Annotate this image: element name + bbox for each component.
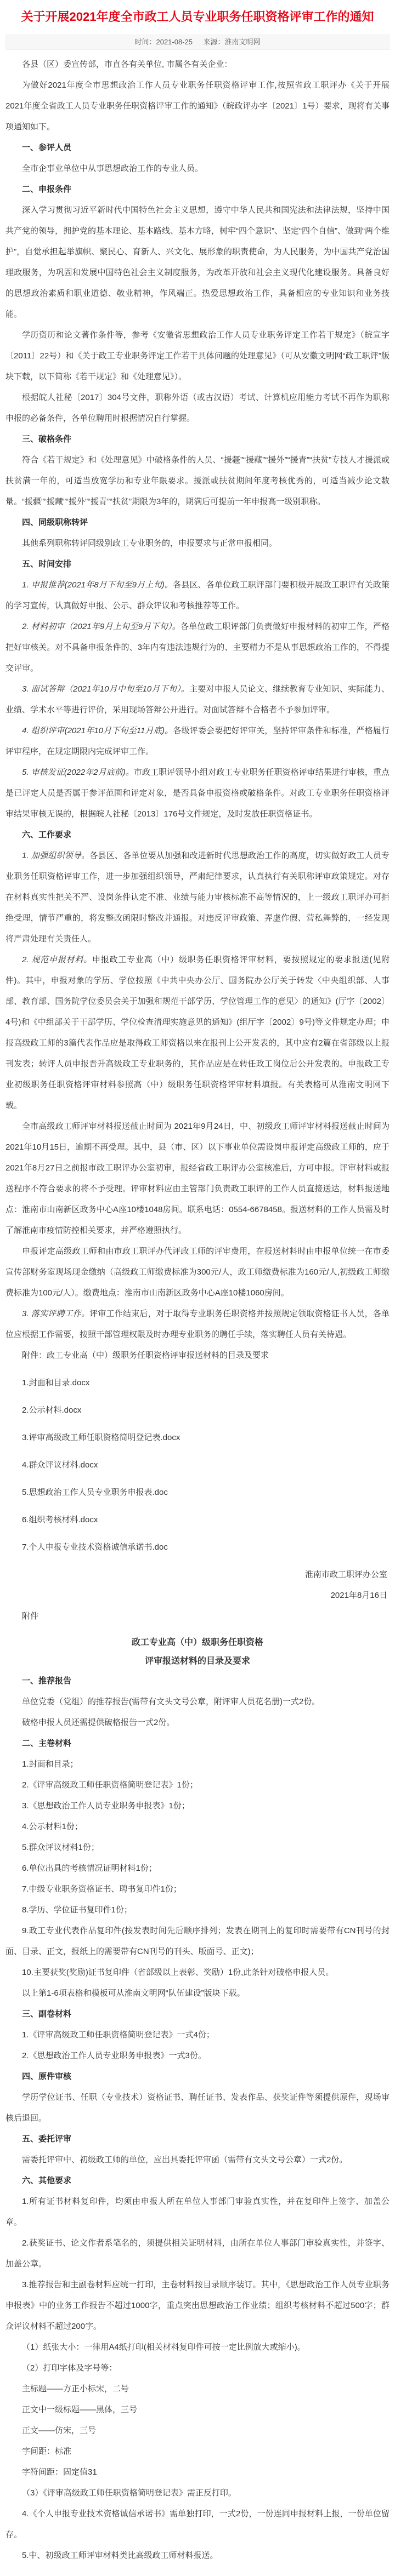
paragraph-lead: 3. 落实评聘工作。 — [22, 1309, 89, 1318]
section-heading: 二、申报条件 — [5, 179, 390, 200]
paragraph: 正文中一级标题——黑体，三号 — [5, 2400, 390, 2420]
paragraph: （3）《评审高级政工师任职资格简明登记表》需正反打印。 — [5, 2483, 390, 2504]
section-heading: 二、主卷材料 — [5, 1733, 390, 1754]
paragraph: 为做好2021年度全市思想政治工作人员专业职务任职资格评审工作,按照省政工职评办… — [5, 75, 390, 138]
paragraph: 1.封面和目录； — [5, 1754, 390, 1775]
page-title: 关于开展2021年度全市政工人员专业职务任职资格评审工作的通知 — [0, 0, 395, 29]
attachment-file-link[interactable]: 5.思想政治工作人员专业职务申报表.doc — [5, 1482, 390, 1503]
attachment-file-link[interactable]: 7.个人申报专业技术资格诚信承诺书.doc — [5, 1537, 390, 1558]
paragraph: 4.公示材料1份； — [5, 1817, 390, 1837]
attachment-file-link[interactable]: 3.评审高级政工师任职资格简明登记表.docx — [5, 1427, 390, 1448]
paragraph: 6.单位出具的考核情况证明材料1份； — [5, 1858, 390, 1879]
section-heading: 一、参评人员 — [5, 138, 390, 158]
attachment-file-link[interactable]: 2.公示材料.docx — [5, 1400, 390, 1421]
paragraph: 8.学历、学位证书复印件1份； — [5, 1900, 390, 1921]
paragraph: 9.政工专业代表作品复印件(按发表时间先后顺序排列；发表在期刊上的复印时需要带有… — [5, 1921, 390, 1962]
paragraph: 符合《若干规定》和《处理意见》中破格条件的人员、“援疆”“援藏”“援外”“援青”… — [5, 450, 390, 512]
paragraph: 3. 面试答辩（2021年10月中旬至10月下旬）。主要对申报人员论文、继续教育… — [5, 679, 390, 721]
paragraph: 主标题——方正小标宋，二号 — [5, 2379, 390, 2400]
paragraph-lead: 4. 组织评审(2021年10月下旬至11月底)。 — [22, 726, 173, 735]
paragraph: 根据皖人社秘〔2017〕304号文件，职称外语（或古汉语）考试、计算机应用能力考… — [5, 387, 390, 429]
paragraph: 3. 落实评聘工作。评审工作结束后，对于取得专业职务任职资格并按照规定领取资格证… — [5, 1304, 390, 1345]
attachment-title-line: 政工专业高（中）级职务任职资格 — [5, 1633, 390, 1652]
paragraph: 1. 申报推荐(2021年8月下旬至9月上旬)。各县区、各单位政工职评部门要积极… — [5, 575, 390, 616]
paragraph: 3.推荐报告和主副卷材料应统一打印，主卷材料按目录顺序装订。其中，《思想政治工作… — [5, 2275, 390, 2337]
paragraph-lead: 2. 规范申报材料。 — [22, 955, 92, 964]
meta-bar: 时间：2021-08-25来源：淮南文明网 — [5, 35, 390, 50]
attachment-title-line: 评审报送材料的目录及要求 — [5, 1652, 390, 1671]
paragraph-lead: 1. 加强组织领导。 — [22, 851, 89, 860]
paragraph: 1. 加强组织领导。各县区、各单位要从加强和改进新时代思想政治工作的高度，切实做… — [5, 846, 390, 950]
paragraph: 其他系列职称转评同级别政工专业职务的，申报要求与正常申报相同。 — [5, 533, 390, 554]
attachment-file-link[interactable]: 1.封面和目录.docx — [5, 1373, 390, 1393]
paragraph: 正文——仿宋，三号 — [5, 2420, 390, 2441]
attachment-file-link[interactable]: 6.组织考核材料.docx — [5, 1510, 390, 1530]
document-body: 各县（区）委宣传部，市直各有关单位, 市属各有关企业：为做好2021年度全市思想… — [0, 50, 395, 2566]
section-heading: 一、推荐报告 — [5, 1671, 390, 1692]
paragraph: 需委托评审中、初级政工师的单位，应出具委托评审函（需带有文头文号公章）一式2份。 — [5, 2150, 390, 2171]
paragraph: 各县（区）委宣传部，市直各有关单位, 市属各有关企业： — [5, 54, 390, 75]
paragraph: 申报评定高级政工师和由市政工职评办代评政工师的评审费用，在报送材料时由申报单位统… — [5, 1241, 390, 1304]
paragraph-lead: 3. 面试答辩（2021年10月中旬至10月下旬）。 — [22, 684, 189, 694]
meta-source-value: 淮南文明网 — [225, 38, 261, 46]
paragraph: 2.《评审高级政工师任职资格简明登记表》1份； — [5, 1775, 390, 1796]
paragraph: 学历学位证书、任职（专业技术）资格证书、聘任证书、发表作品、获奖证件等须提供原件… — [5, 2087, 390, 2129]
paragraph: 2. 规范申报材料。申报政工专业高（中）级职务任职资格评审材料，要按照规定的要求… — [5, 950, 390, 1116]
meta-source-label: 来源： — [203, 38, 224, 46]
paragraph: 4.《个人申报专业技术资格诚信承诺书》需单独打印，一式2份，一份连同申报材料上报… — [5, 2504, 390, 2545]
paragraph: 字符间距：固定值31 — [5, 2462, 390, 2483]
section-heading: 三、副卷材料 — [5, 2004, 390, 2025]
section-heading: 五、委托评审 — [5, 2129, 390, 2150]
section-heading: 四、原件审核 — [5, 2066, 390, 2087]
paragraph-lead: 5. 审核发证(2022年2月底前)。 — [22, 768, 134, 777]
notice-page: 关于开展2021年度全市政工人员专业职务任职资格评审工作的通知 时间：2021-… — [0, 0, 395, 2576]
paragraph: 3.《思想政治工作人员专业职务申报表》1份； — [5, 1796, 390, 1817]
paragraph: 单位党委（党组）的推荐报告(需带有文头文号公章，附评审人员花名册)一式2份。 — [5, 1692, 390, 1712]
paragraph-lead: 1. 申报推荐(2021年8月下旬至9月上旬)。 — [22, 580, 173, 590]
paragraph: 学历资历和论文著作条件等，参考《安徽省思想政治工作人员专业职务评定工作若干规定》… — [5, 325, 390, 387]
paragraph: 以上第1-6项表格和模板可从淮南文明网“队伍建设”版块下载。 — [5, 1983, 390, 2004]
paragraph: 全市高级政工师评审材料报送截止时间为 2021年9月24日，中、初级政工师评审材… — [5, 1116, 390, 1241]
signature-line: 淮南市政工职评办公室 — [5, 1564, 390, 1585]
section-heading: 六、工作要求 — [5, 825, 390, 846]
paragraph: 全市企事业单位中从事思想政治工作的专业人员。 — [5, 158, 390, 179]
paragraph: 5.群众评议材料1份； — [5, 1837, 390, 1858]
paragraph: 1.《评审高级政工师任职资格简明登记表》一式4份； — [5, 2025, 390, 2046]
paragraph: 1.所有证书材料复印件，均须由申报人所在单位人事部门审验真实性，并在复印件上签字… — [5, 2191, 390, 2233]
signature-line: 2021年8月16日 — [5, 1585, 390, 1606]
meta-time-label: 时间： — [134, 38, 156, 46]
section-heading: 三、破格条件 — [5, 429, 390, 450]
paragraph: （1）纸张大小：一律用A4纸打印(相关材料复印件可按一定比例放大或缩小)。 — [5, 2337, 390, 2358]
paragraph: 2.获奖证书、论文作者系笔名的，须提供相关证明材料，由所在单位人事部门审验真实性… — [5, 2233, 390, 2275]
paragraph: 4. 组织评审(2021年10月下旬至11月底)。各级评委会要把好评审关，坚持评… — [5, 721, 390, 762]
paragraph: 附件 — [5, 1606, 390, 1627]
paragraph: 2.《思想政治工作人员专业职务申报表》一式3份。 — [5, 2046, 390, 2066]
paragraph: 深入学习贯彻习近平新时代中国特色社会主义思想，遵守中华人民共和国宪法和法律法规，… — [5, 200, 390, 325]
section-heading: 五、时间安排 — [5, 554, 390, 575]
paragraph: 7.中级专业职务资格证书、聘书复印件1份； — [5, 1879, 390, 1900]
section-heading: 六、其他要求 — [5, 2171, 390, 2191]
paragraph: 附件：政工专业高（中）级职务任职资格评审报送材料的目录及要求 — [5, 1345, 390, 1366]
paragraph: 5. 审核发证(2022年2月底前)。市政工职评领导小组对政工专业职务任职资格评… — [5, 762, 390, 825]
paragraph: 5.中、初级政工师评审材料类比高级政工师材料报送。 — [5, 2545, 390, 2566]
section-heading: 四、同级职称转评 — [5, 512, 390, 533]
paragraph: 字间距：标准 — [5, 2441, 390, 2462]
meta-time-value: 2021-08-25 — [156, 38, 193, 46]
attachment-file-link[interactable]: 4.群众评议材料.docx — [5, 1455, 390, 1476]
paragraph: （2）打印字体及字号等： — [5, 2358, 390, 2379]
paragraph-lead: 2. 材料初审（2021年9月上旬至9月下旬）。 — [22, 622, 180, 631]
paragraph: 10.主要获奖(奖励)证书复印件（省部级以上表彰、奖励）1份,此条针对破格申报人… — [5, 1962, 390, 1983]
paragraph: 破格申报人员还需提供破格报告一式2份。 — [5, 1712, 390, 1733]
paragraph: 2. 材料初审（2021年9月上旬至9月下旬）。各单位政工职评部门负责做好申报材… — [5, 616, 390, 679]
